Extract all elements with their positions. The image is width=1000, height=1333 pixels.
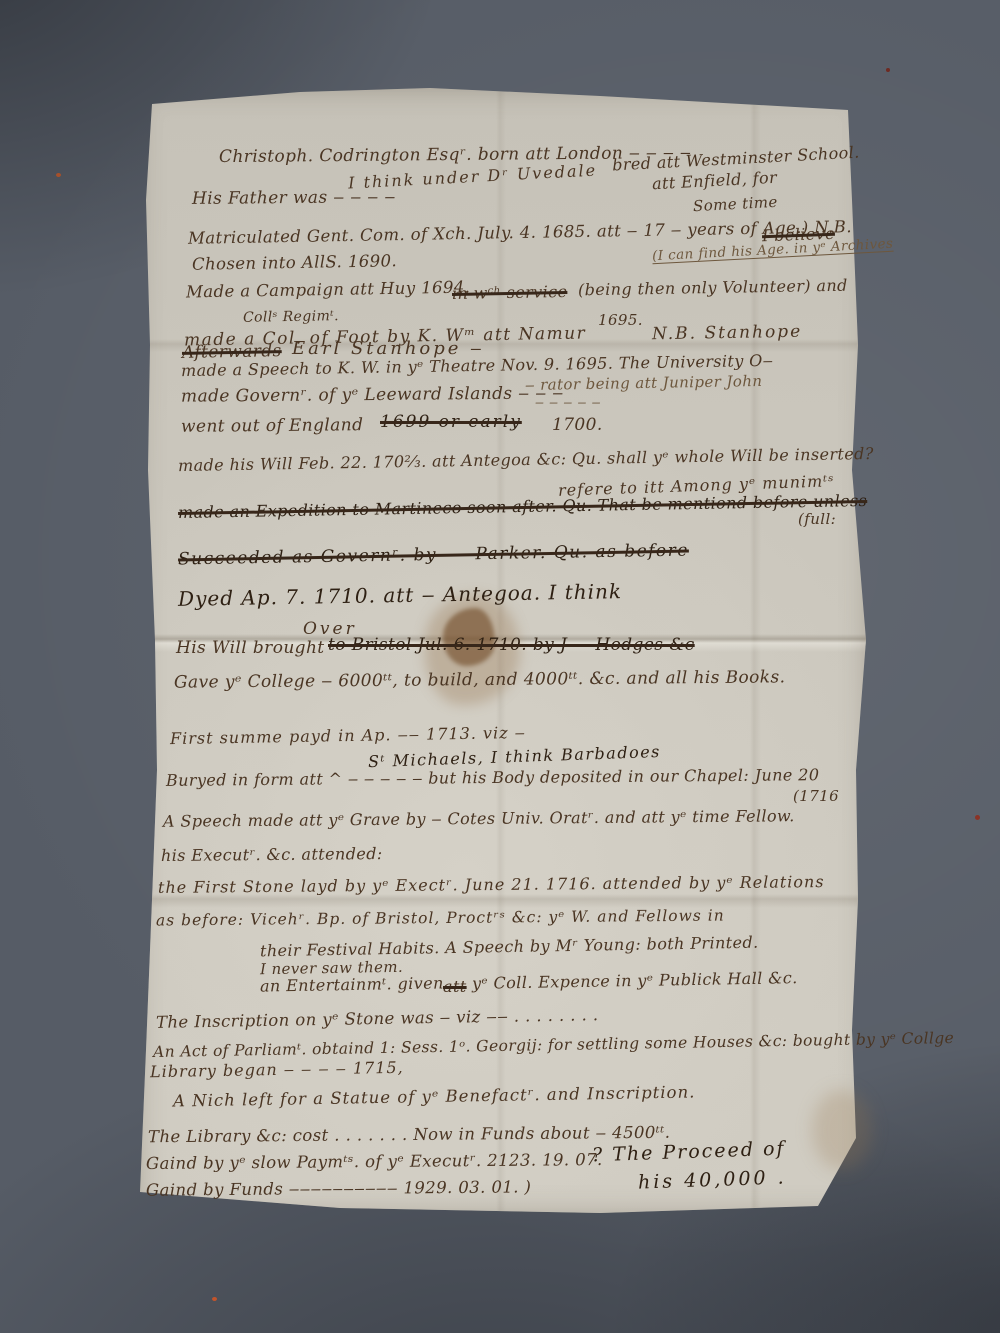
ms-interline-regiment: Collˢ Regimᵗ. bbox=[243, 309, 339, 326]
ms-line-will-brought: His Will brought bbox=[176, 639, 325, 658]
ms-struck-service: in wᶜʰ service bbox=[452, 283, 568, 303]
ms-line-father: His Father was ‒ ‒ ‒ ‒ bbox=[192, 188, 396, 208]
ms-line-1700: 1700. bbox=[552, 416, 603, 435]
ms-margin-full: (full: bbox=[798, 511, 836, 528]
ms-line-gaind-funds: Gaind by Funds ‒‒‒‒‒‒‒‒‒‒ 1929. 03. 01. … bbox=[146, 1178, 532, 1200]
ms-struck-bristol: to Bristol Jul. 6. 1710. by J‒‒ Hodges &… bbox=[328, 636, 695, 655]
red-speck bbox=[886, 68, 890, 72]
ms-struck-att: att bbox=[443, 978, 467, 996]
red-speck bbox=[212, 1297, 217, 1301]
red-speck bbox=[56, 173, 61, 177]
red-speck bbox=[975, 815, 980, 820]
ms-interline-1695: 1695. bbox=[598, 312, 643, 329]
ms-line-stanhope: N.B. Stanhope bbox=[652, 323, 802, 344]
ms-line-entertainment: an Entertainmᵗ. given bbox=[260, 974, 444, 995]
ms-line-governor: made Governʳ. of yᵉ Leeward Islands ‒ ‒ … bbox=[181, 384, 564, 406]
ms-struck-1699: 1699 or early bbox=[380, 413, 522, 432]
ms-line-wentout: went out of England bbox=[181, 416, 364, 436]
ms-margin-1716: (1716 bbox=[793, 788, 839, 805]
manuscript-photo: Christoph. Codrington Esqʳ. born att Lon… bbox=[0, 0, 1000, 1333]
ms-line-executors: his Executʳ. &c. attended: bbox=[161, 845, 383, 865]
ms-line-chosen: Chosen into AllS. 1690. bbox=[192, 252, 397, 274]
